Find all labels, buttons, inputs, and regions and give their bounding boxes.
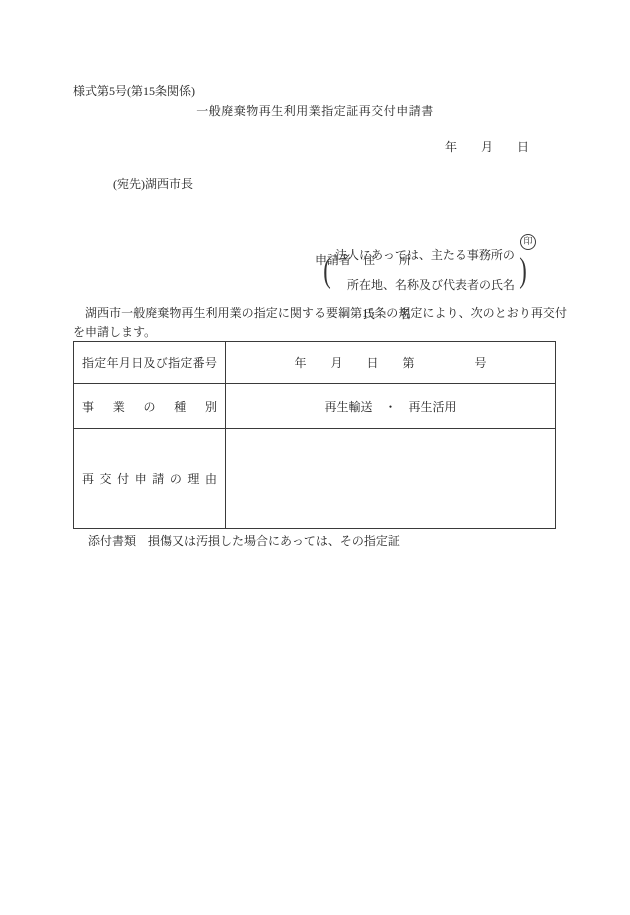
table-value-designation-date-number: 年 月 日 第 号 bbox=[226, 342, 555, 384]
table-value-reissue-reason bbox=[226, 429, 555, 528]
application-table: 指定年月日及び指定番号 年 月 日 第 号 事業の種別 再生輸送 ・ 再生活用 … bbox=[73, 341, 556, 529]
corporate-note: ( 法人にあっては、主たる事務所の 所在地、名称及び代表者の氏名 ) bbox=[322, 248, 528, 293]
application-date-line: 年 月 日 bbox=[445, 138, 529, 155]
document-title: 一般廃棄物再生利用業指定証再交付申請書 bbox=[0, 102, 630, 119]
table-label-reissue-reason: 再交付申請の理由 bbox=[74, 429, 226, 528]
application-statement: 湖西市一般廃棄物再生利用業の指定に関する要綱第15条の規定により、次のとおり再交… bbox=[73, 304, 567, 341]
table-label-designation-date-number: 指定年月日及び指定番号 bbox=[74, 342, 226, 384]
right-paren-decoration: ) bbox=[519, 251, 527, 290]
application-form-page: 様式第5号(第15条関係) 一般廃棄物再生利用業指定証再交付申請書 年 月 日 … bbox=[0, 0, 630, 915]
corporate-note-line1: 法人にあっては、主たる事務所の bbox=[335, 248, 515, 262]
form-number: 様式第5号(第15条関係) bbox=[73, 82, 195, 99]
table-value-business-type: 再生輸送 ・ 再生活用 bbox=[226, 384, 555, 429]
left-paren-decoration: ( bbox=[323, 251, 331, 290]
corporate-note-line2: 所在地、名称及び代表者の氏名 bbox=[347, 278, 515, 292]
attachment-note: 添付書類 損傷又は汚損した場合にあっては、その指定証 bbox=[88, 532, 400, 549]
addressee-line: (宛先)湖西市長 bbox=[113, 175, 193, 192]
table-label-business-type: 事業の種別 bbox=[74, 384, 226, 429]
